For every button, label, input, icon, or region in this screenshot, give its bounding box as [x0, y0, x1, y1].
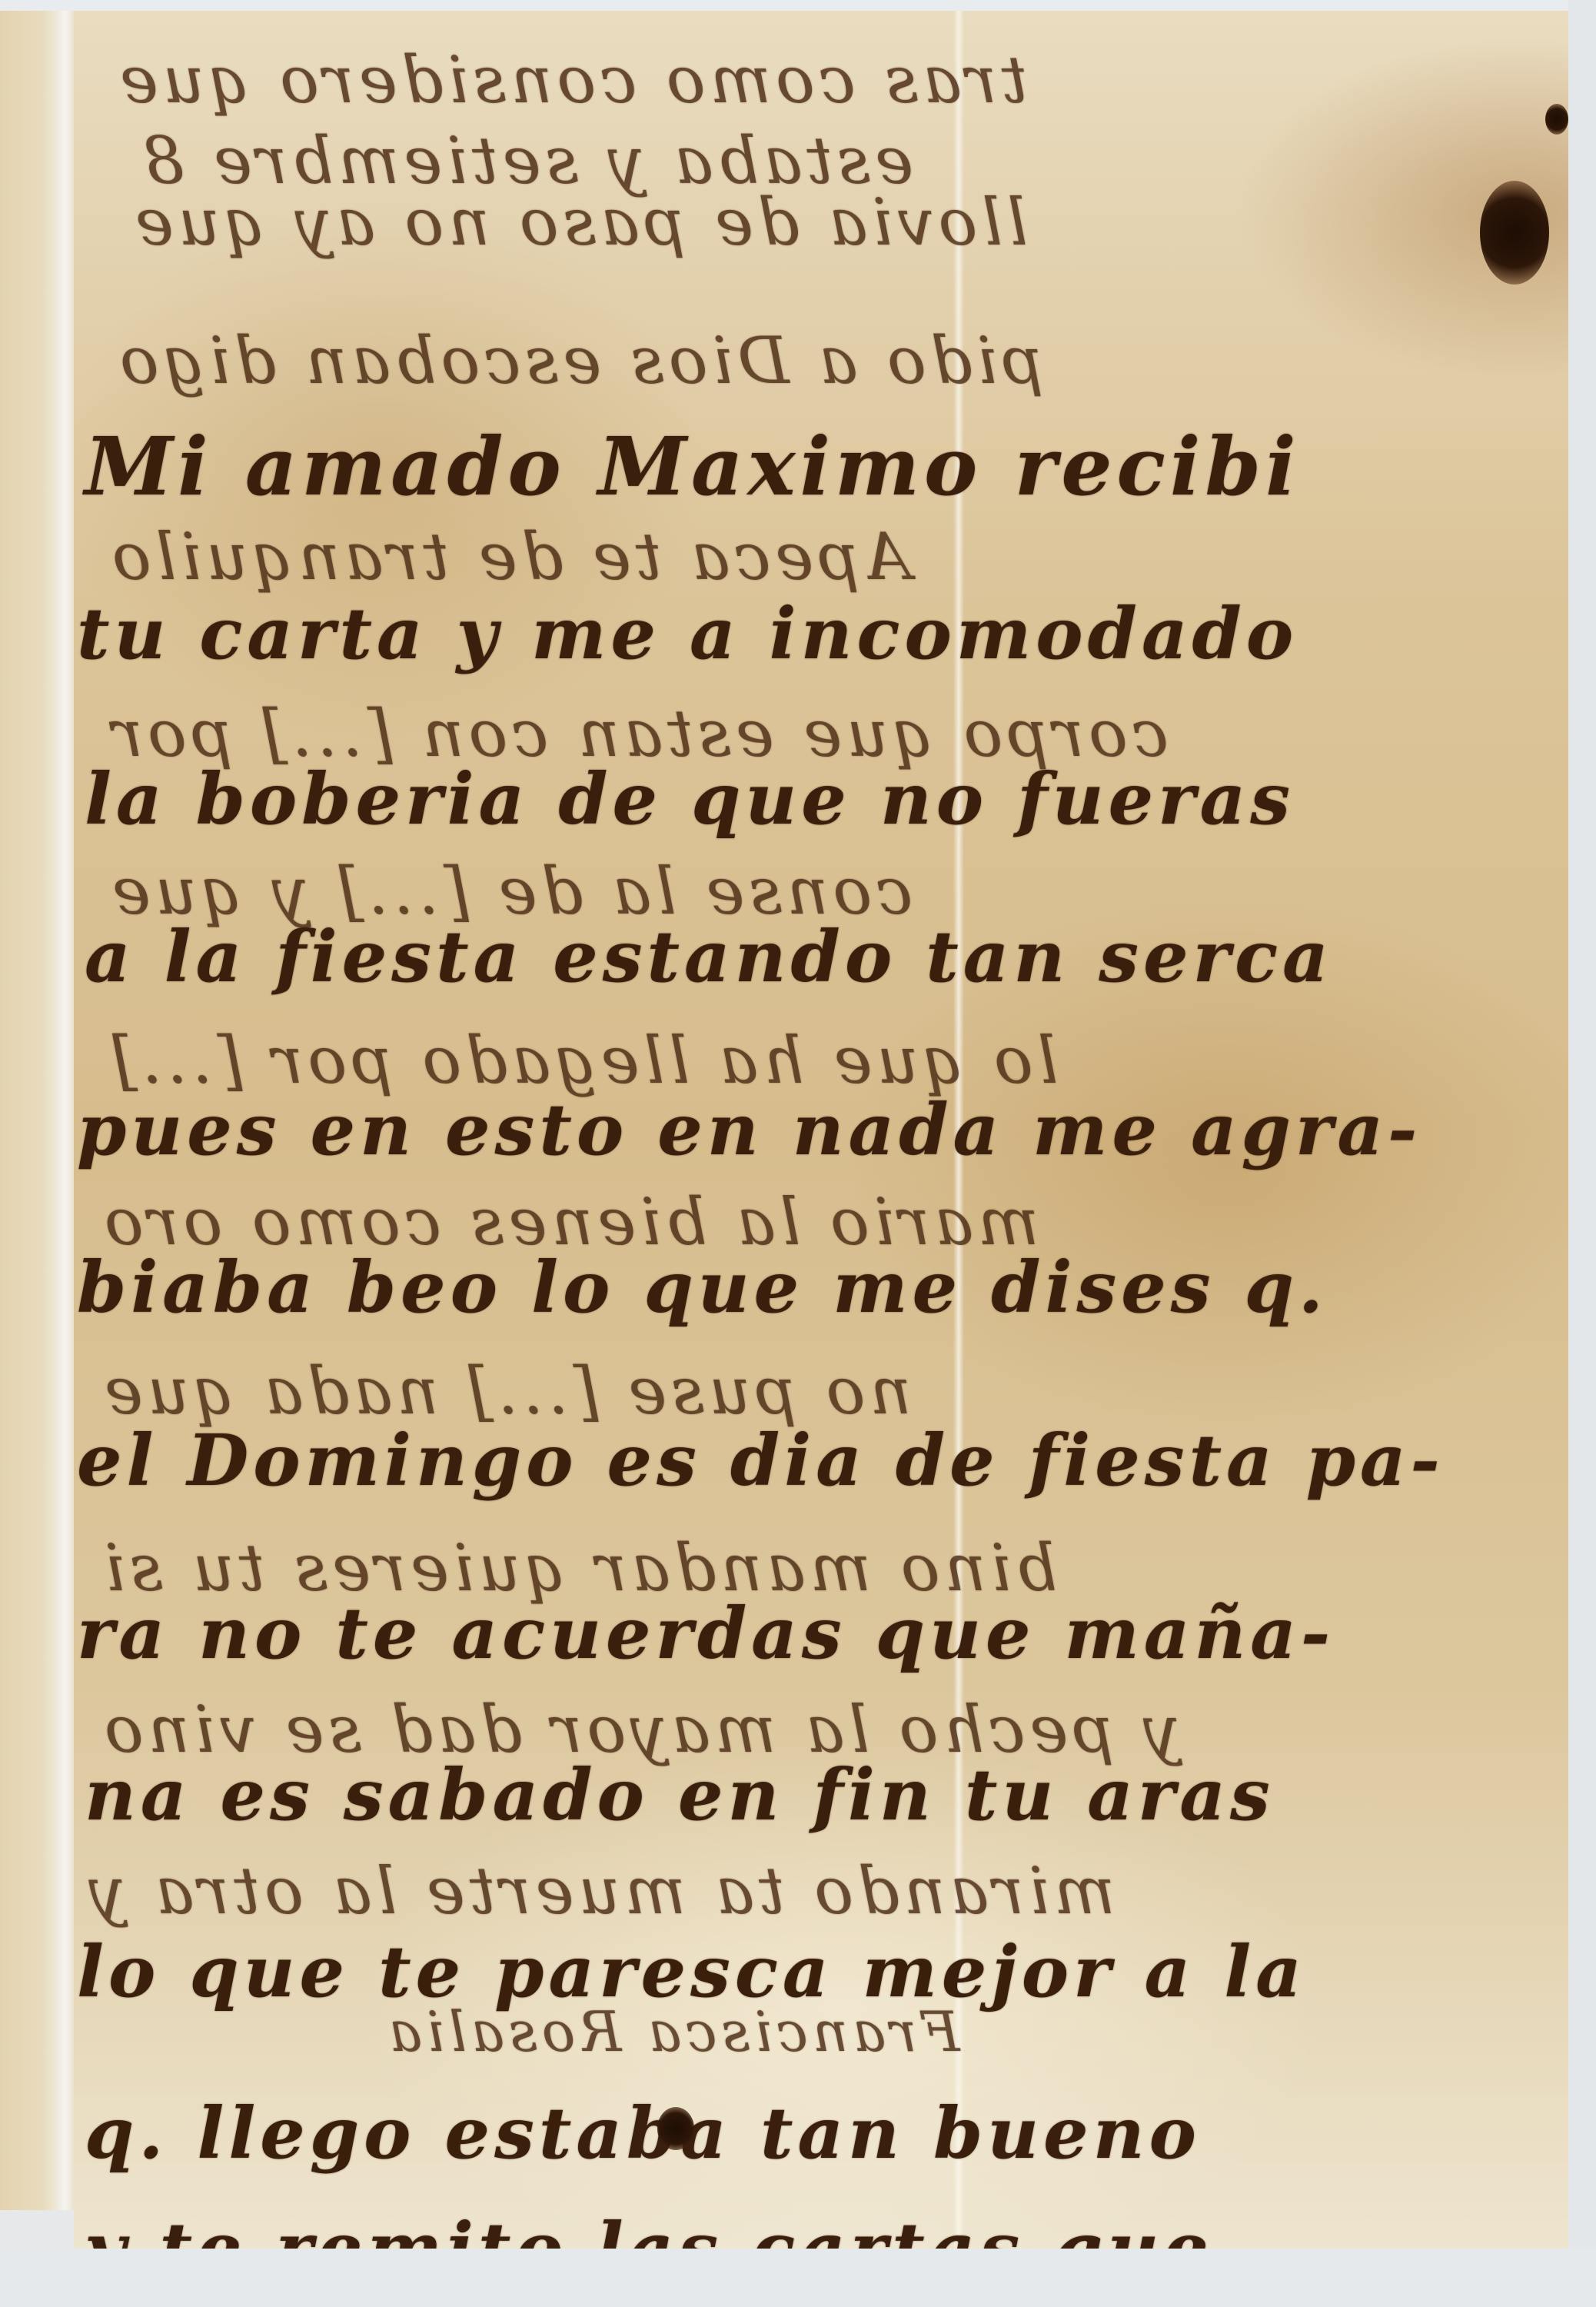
letter-line-greeting: Mi amado Maximo recibi [85, 419, 1301, 514]
ink-blot [657, 2107, 694, 2150]
background-bottom [0, 2249, 1596, 2307]
bleed-line: lo que ha llegado por [...] [108, 1023, 1059, 1098]
adjacent-page-edge [0, 11, 60, 2210]
page-gutter [57, 11, 74, 2210]
letter-line: tu carta y me a incomodado [77, 592, 1298, 675]
letter-line: na es sabado en fin tu aras [85, 1753, 1275, 1836]
letter-line: la boberia de que no fueras [85, 757, 1295, 841]
letter-line: ra no te acuerdas que maña- [77, 1592, 1335, 1675]
bleed-line: pido a Dios escoban digo [115, 323, 1043, 398]
letter-line: el Domingo es dia de fiesta pa- [77, 1419, 1445, 1502]
ink-blot [1480, 181, 1549, 285]
ink-blot [1545, 104, 1568, 135]
bleed-line: no puse [...] nada que [100, 1353, 911, 1429]
letter-line: a la fiesta estando tan serca [85, 915, 1333, 998]
letter-line: biaba beo lo que me dises q. [77, 1246, 1328, 1329]
bleed-line: llovia de paso no ay que [131, 185, 1028, 260]
bleed-line: tras como considero que [115, 42, 1028, 118]
bleed-line: mirando ta muerte la otra y [85, 1853, 1116, 1929]
background-right [1568, 0, 1596, 2307]
letter-line: pues en esto en nada me agra- [77, 1088, 1421, 1171]
bleed-line: Apeca te de tranquilo [108, 519, 911, 594]
letter-line: q. llego estaba tan bueno [85, 2092, 1201, 2175]
letter-line: lo que te paresca mejor a la [77, 1930, 1306, 2013]
